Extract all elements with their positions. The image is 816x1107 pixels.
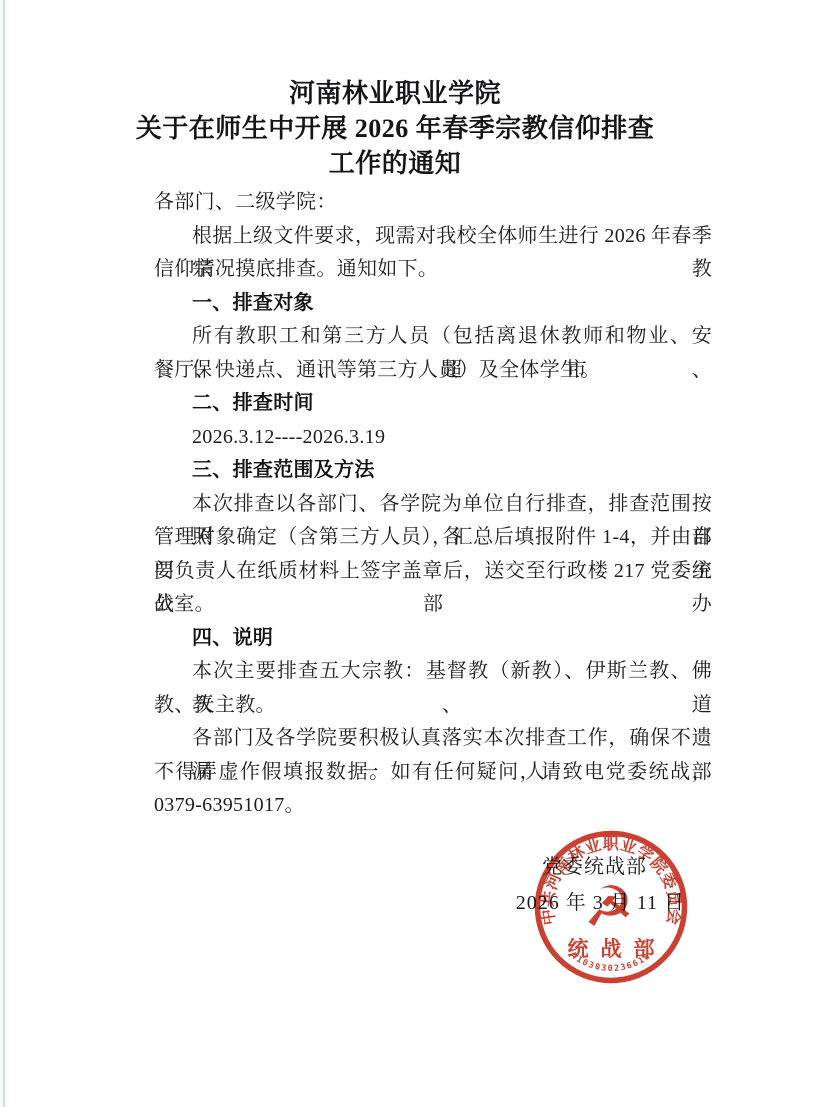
body-line: 四、说明 xyxy=(154,622,712,656)
body-line: 管理对象确定（含第三方人员），汇总后填报附件 1-4，并由部门主 xyxy=(154,521,712,555)
body-line: 根据上级文件要求，现需对我校全体师生进行 2026 年春季宗教 xyxy=(154,220,712,254)
body-line: 本次主要排查五大宗教：基督教（新教）、伊斯兰教、佛教、道 xyxy=(154,655,712,689)
title-line-1: 河南林业职业学院 xyxy=(80,76,710,111)
body-line: 本次排查以各部门、各学院为单位自行排查，排查范围按照各自 xyxy=(154,488,712,522)
body-line: 不得弄虚作假填报数据。如有任何疑问，请致电党委统战部 xyxy=(154,756,712,790)
scan-edge-line xyxy=(3,0,5,1107)
body-line: 三、排查范围及方法 xyxy=(154,454,712,488)
document-lines: 各部门、二级学院：根据上级文件要求，现需对我校全体师生进行 2026 年春季宗教… xyxy=(154,186,712,823)
official-seal: 中共河南林业职业学院委员会 ☭ 统战部 4103030236610 xyxy=(525,821,697,993)
title-line-3: 工作的通知 xyxy=(80,146,710,181)
hammer-sickle-icon: ☭ xyxy=(584,875,634,940)
body-line: 2026.3.12----2026.3.19 xyxy=(154,421,712,455)
document-title: 河南林业职业学院 关于在师生中开展 2026 年春季宗教信仰排查 工作的通知 xyxy=(80,76,710,181)
body-line: 一、排查对象 xyxy=(154,287,712,321)
body-line: 要负责人在纸质材料上签字盖章后，送交至行政楼 217 党委统战部办 xyxy=(154,555,712,589)
title-line-2: 关于在师生中开展 2026 年春季宗教信仰排查 xyxy=(80,111,710,146)
body-line: 各部门及各学院要积极认真落实本次排查工作，确保不遗漏一人， xyxy=(154,722,712,756)
document-page: 河南林业职业学院 关于在师生中开展 2026 年春季宗教信仰排查 工作的通知 各… xyxy=(0,0,816,1107)
body-line: 所有教职工和第三方人员（包括离退休教师和物业、安保、超市、 xyxy=(154,320,712,354)
body-line: 各部门、二级学院： xyxy=(154,186,712,220)
body-line: 0379-63951017。 xyxy=(154,789,712,823)
body-line: 二、排查时间 xyxy=(154,387,712,421)
